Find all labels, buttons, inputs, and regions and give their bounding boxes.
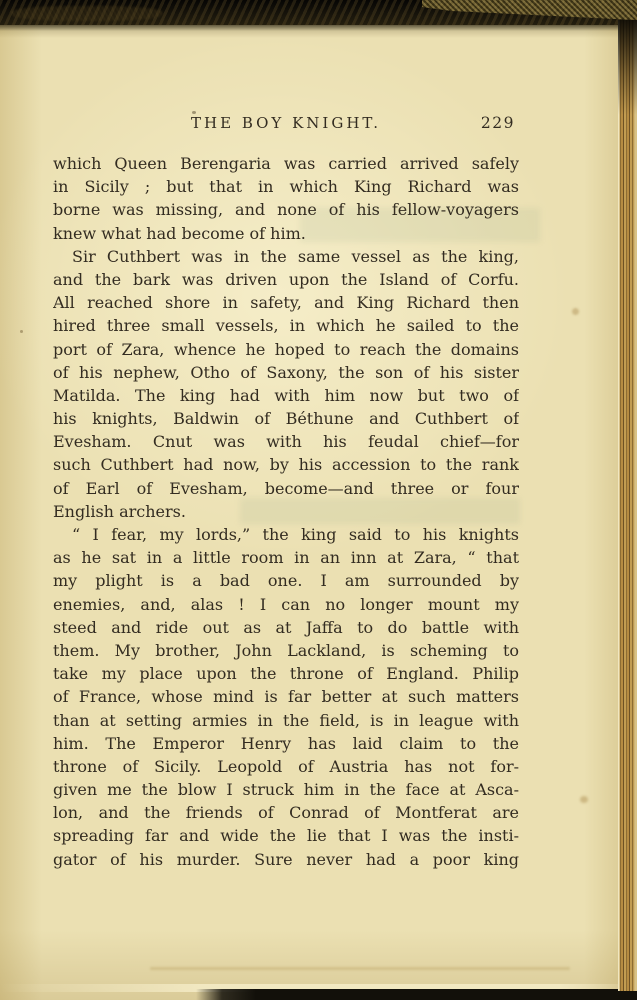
- text-line: spreading far and wide the lie that I wa…: [53, 824, 519, 847]
- book-page-scan: THE BOY KNIGHT. 229 which Queen Berengar…: [0, 0, 637, 1000]
- paragraph: Sir Cuthbert was in the same vessel as t…: [53, 245, 519, 523]
- paper-speck: [20, 330, 23, 333]
- text-line: English archers.: [53, 500, 519, 523]
- text-line: than at setting armies in the field, is …: [53, 709, 519, 732]
- text-line: and the bark was driven upon the Island …: [53, 268, 519, 291]
- text-line: All reached shore in safety, and King Ri…: [53, 291, 519, 314]
- paper-speck: [192, 111, 196, 114]
- text-line: his knights, Baldwin of Béthune and Cuth…: [53, 407, 519, 430]
- text-line: Sir Cuthbert was in the same vessel as t…: [53, 245, 519, 268]
- top-shadow-fade: [0, 25, 637, 31]
- text-line: “ I fear, my lords,” the king said to hi…: [53, 523, 519, 546]
- text-line: my plight is a bad one. I am surrounded …: [53, 569, 519, 592]
- text-line: take my place upon the throne of England…: [53, 662, 519, 685]
- text-line: enemies, and, alas ! I can no longer mou…: [53, 593, 519, 616]
- text-line: given me the blow I struck him in the fa…: [53, 778, 519, 801]
- text-line: hired three small vessels, in which he s…: [53, 314, 519, 337]
- text-line: steed and ride out as at Jaffa to do bat…: [53, 616, 519, 639]
- text-line: of France, whose mind is far better at s…: [53, 685, 519, 708]
- page-body-text: which Queen Berengaria was carried arriv…: [53, 152, 519, 871]
- text-line: borne was missing, and none of his fello…: [53, 198, 519, 221]
- text-line: such Cuthbert had now, by his accession …: [53, 453, 519, 476]
- paragraph: “ I fear, my lords,” the king said to hi…: [53, 523, 519, 871]
- text-line: in Sicily ; but that in which King Richa…: [53, 175, 519, 198]
- book-cover-bottom-edge: [196, 989, 637, 1000]
- text-line: Matilda. The king had with him now but t…: [53, 384, 519, 407]
- header-title: THE BOY KNIGHT.: [53, 112, 519, 134]
- text-line: as he sat in a little room in an inn at …: [53, 546, 519, 569]
- text-line: them. My brother, John Lackland, is sche…: [53, 639, 519, 662]
- paragraph: which Queen Berengaria was carried arriv…: [53, 152, 519, 245]
- page-number: 229: [481, 112, 515, 134]
- text-line: lon, and the friends of Conrad of Montfe…: [53, 801, 519, 824]
- gilt-page-edge-stripes: [618, 20, 637, 991]
- text-line: Evesham. Cnut was with his feudal chief—…: [53, 430, 519, 453]
- text-line: knew what had become of him.: [53, 222, 519, 245]
- text-line: which Queen Berengaria was carried arriv…: [53, 152, 519, 175]
- foxing-spot: [580, 796, 588, 803]
- text-line: port of Zara, whence he hoped to reach t…: [53, 338, 519, 361]
- text-line: of his nephew, Otho of Saxony, the son o…: [53, 361, 519, 384]
- text-line: throne of Sicily. Leopold of Austria has…: [53, 755, 519, 778]
- text-line: of Earl of Evesham, become—and three or …: [53, 477, 519, 500]
- text-line: him. The Emperor Henry has laid claim to…: [53, 732, 519, 755]
- page-curl-shadow: [150, 967, 570, 970]
- foxing-spot: [572, 308, 579, 315]
- text-line: gator of his murder. Sure never had a po…: [53, 848, 519, 871]
- cover-texture: [12, 6, 162, 21]
- running-header: THE BOY KNIGHT. 229: [53, 112, 519, 134]
